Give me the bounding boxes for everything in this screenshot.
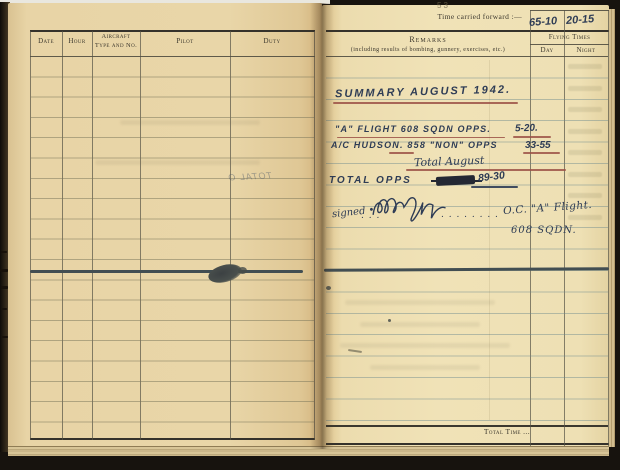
bleedthrough-smudge xyxy=(568,107,602,112)
bleedthrough-smudge xyxy=(370,365,480,370)
table-bottom-rule-right xyxy=(326,443,609,445)
ink-blot-tail xyxy=(238,267,247,274)
page-stack-bottom-edge xyxy=(8,446,609,456)
entry-row1-text: "A" FLIGHT 608 SQDN OPPS. xyxy=(335,124,491,134)
bleedthrough-smudge xyxy=(568,193,602,198)
column-header-pilot: Pilot xyxy=(140,38,230,45)
bleedthrough-smudge xyxy=(568,150,602,155)
page-edge-mark xyxy=(0,269,8,272)
hand-drawn-rule-left xyxy=(30,270,303,273)
summary-title-underline xyxy=(333,102,518,104)
page-number: 53 xyxy=(437,1,450,10)
remarks-header: Remarks xyxy=(330,36,526,44)
entry-row2-858-underline xyxy=(389,152,414,154)
column-header-hour: Hour xyxy=(62,38,92,45)
column-line xyxy=(314,31,315,440)
row-rules-right xyxy=(326,57,608,426)
remarks-subheader: (including results of bombing, gunnery, … xyxy=(330,47,526,53)
bleedthrough-smudge xyxy=(568,64,602,69)
entry-row1-underline xyxy=(337,137,505,138)
bleedthrough-smudge xyxy=(120,120,260,125)
bleedthrough-smudge xyxy=(95,160,260,165)
column-header-duty: Duty xyxy=(230,38,314,45)
logbook-scan: Date Hour Aircraft Type and No. Pilot Du… xyxy=(0,0,620,470)
carried-forward-day-value: 65-10 xyxy=(529,15,558,29)
flying-times-header: Flying Times xyxy=(530,34,609,41)
night-column-header: Night xyxy=(564,47,608,54)
page-stack-right-edge xyxy=(609,9,615,447)
total-opps-value-underline xyxy=(471,186,518,188)
bleedthrough-smudge xyxy=(568,215,602,220)
column-header-aircraft-line1: Aircraft xyxy=(92,34,140,41)
table-right-border xyxy=(608,10,609,446)
bleedthrough-smudge xyxy=(568,172,602,177)
table-bottom-rule-left xyxy=(30,438,315,440)
total-august-label: Total August xyxy=(414,154,485,169)
page-crease xyxy=(489,60,490,420)
ink-dot xyxy=(326,286,331,290)
scribble-strike-line xyxy=(431,180,482,182)
carried-forward-label: Time carried forward :— xyxy=(370,13,522,21)
column-header-date: Date xyxy=(30,38,62,45)
total-august-underline xyxy=(406,169,566,171)
signed-unit: 608 SQDN. xyxy=(511,225,577,236)
entry-row2-value-underline xyxy=(523,152,560,154)
bleedthrough-smudge xyxy=(568,129,602,134)
total-opps-label: TOTAL OPPS xyxy=(329,175,412,186)
bleedthrough-smudge xyxy=(360,322,480,327)
carried-forward-night-value: 20-15 xyxy=(566,13,595,27)
signed-dots-right: . . . . . . . . xyxy=(441,210,499,220)
table-top-rule-left xyxy=(30,30,315,32)
entry-row1-value-underline xyxy=(513,136,551,138)
entry-row1-value: 5-20. xyxy=(515,123,538,135)
bleedthrough-smudge xyxy=(345,300,495,305)
page-edge-mark xyxy=(1,251,7,253)
table-top-rule-right xyxy=(326,30,609,32)
bleedthrough-smudge xyxy=(340,343,510,348)
bleedthrough-smudge xyxy=(568,86,602,91)
total-time-label: Total Time ... xyxy=(390,428,530,436)
signature-scrawl xyxy=(370,192,447,225)
page-edge-mark xyxy=(1,286,8,289)
row-rules-left xyxy=(31,57,314,438)
entry-row2-text: A/C HUDSON. 858 "NON" OPPS xyxy=(331,140,498,150)
page-edge-mark xyxy=(2,308,7,310)
carried-forward-box-top xyxy=(530,10,609,11)
day-column-header: Day xyxy=(530,47,564,54)
flying-times-underline xyxy=(530,44,609,45)
entry-row2-value: 33-55 xyxy=(525,140,551,151)
column-header-aircraft-line2: Type and No. xyxy=(92,43,140,50)
